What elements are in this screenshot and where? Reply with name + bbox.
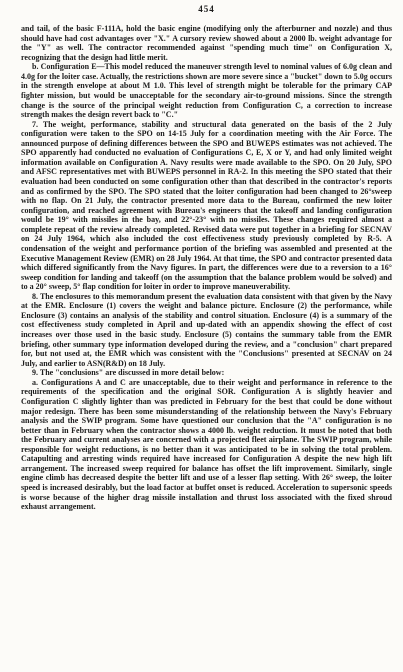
paragraph-item-9: 9. The "conclusions" are discussed in mo… — [21, 368, 392, 378]
paragraph-item-9a: a. Configurations A and C are unacceptab… — [21, 378, 392, 512]
page-number: 454 — [21, 4, 392, 14]
paragraph-item-8: 8. The enclosures to this memorandum pre… — [21, 292, 392, 369]
paragraph-continuation: and tail, of the basic F-111A, hold the … — [21, 24, 392, 62]
paragraph-item-7: 7. The weight, performance, stability an… — [21, 120, 392, 292]
document-page: 454 and tail, of the basic F-111A, hold … — [0, 0, 403, 672]
text-body: and tail, of the basic F-111A, hold the … — [21, 24, 392, 512]
paragraph-item-b: b. Configuration E—This model reduced th… — [21, 62, 392, 119]
